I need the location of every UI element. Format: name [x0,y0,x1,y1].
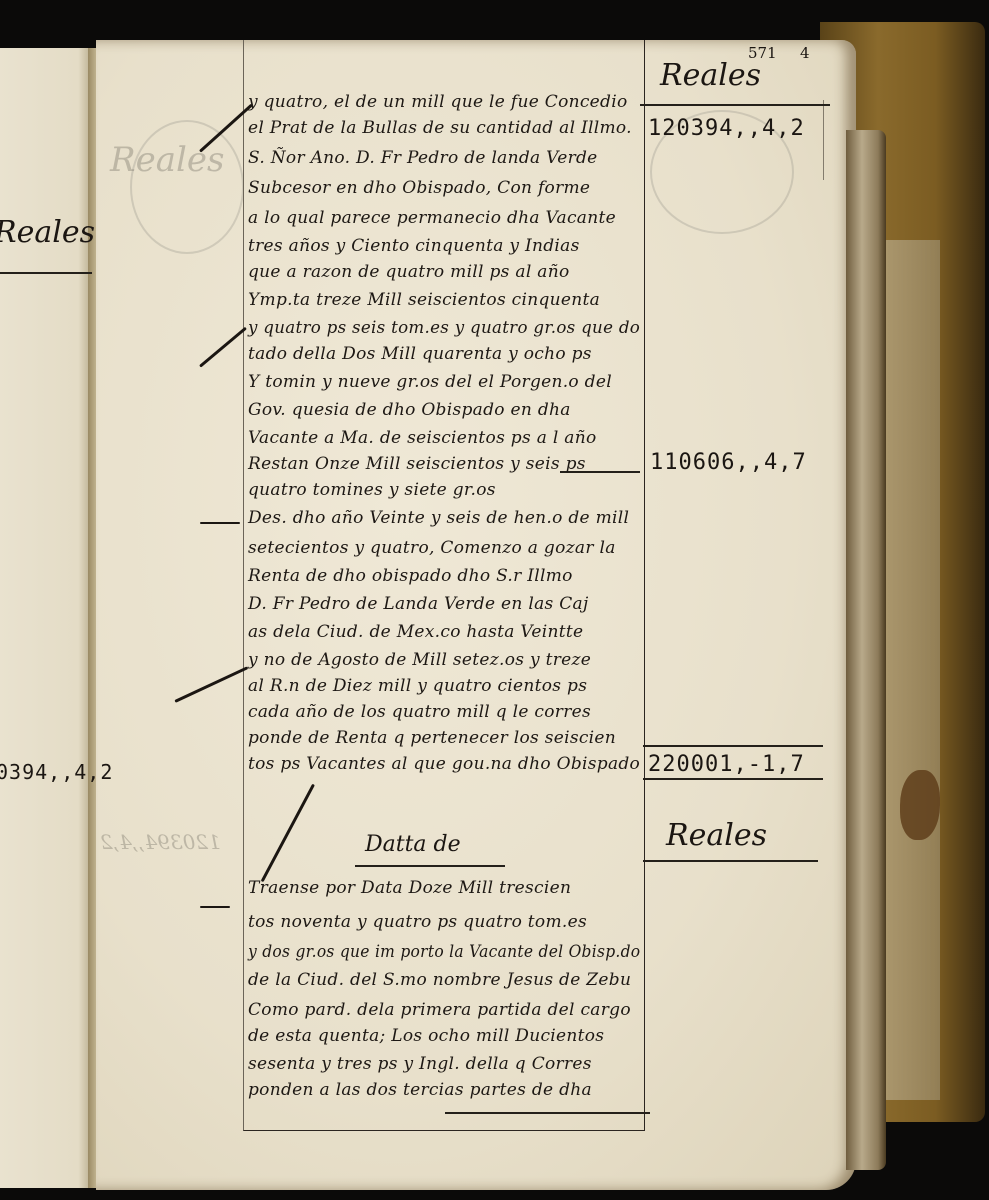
header-rule [640,104,830,106]
charge-line: que a razon de quatro mill ps al año [248,262,570,282]
amount-middle: 110606,,4,7 [650,450,807,475]
discharge-line: y dos gr.os que im porto la Vacante del … [248,942,640,962]
charge-line: ponde de Renta q pertenecer los seiscien [248,728,616,748]
discharge-line: Traense por Data Doze Mill trescien [248,878,571,898]
discharge-line: Como pard. dela primera partida del carg… [248,1000,631,1020]
margin-dash [200,906,230,908]
charge-line: tado della Dos Mill quarenta y ocho ps [248,344,592,364]
charge-line: setecientos y quatro, Comenzo a gozar la [248,538,616,558]
left-page-reales-header: Reales [0,215,95,250]
charge-line: Restan Onze Mill seiscientos y seis ps [248,454,586,474]
discharge-line: ponden a las dos tercias partes de dha [248,1080,592,1100]
discharge-line: tos noventa y quatro ps quatro tom.es [248,912,587,932]
charge-line: Subcesor en dho Obispado, Con forme [248,178,590,198]
closing-rule [445,1112,650,1114]
charge-line: y no de Agosto de Mill setez.os y treze [248,650,591,670]
folio-mark: 4 [800,44,810,62]
left-page-header-rule [0,272,92,274]
amount-column-right-border [823,100,824,180]
reales-column-header: Reales [660,58,761,93]
binding-flap [880,240,940,1100]
second-reales-header: Reales [666,818,767,853]
ghost-mirrored-amount: 120394,,4,2 [100,830,221,854]
charge-line: Gov. quesia de dho Obispado en dha [248,400,571,420]
section-heading: Datta de [365,832,461,857]
charge-line: Ymp.ta treze Mill seiscientos cinquenta [248,290,600,310]
section-heading-rule [355,865,505,867]
second-header-rule [643,860,818,862]
binding-stain [900,770,940,840]
amount-top: 120394,,4,2 [648,116,805,141]
discharge-line: sesenta y tres ps y Ingl. della q Corres [248,1054,592,1074]
charge-line: Vacante a Ma. de seiscientos ps a l año [248,428,597,448]
amount-lower-top-rule [643,745,823,747]
charge-line: tos ps Vacantes al que gou.na dho Obispa… [248,754,640,774]
amount-lower: 220001,-1,7 [648,752,805,777]
discharge-line: de esta quenta; Los ocho mill Ducientos [248,1026,604,1046]
margin-dash [200,522,240,524]
charge-line: S. Ñor Ano. D. Fr Pedro de landa Verde [248,148,598,168]
charge-line: y quatro, el de un mill que le fue Conce… [248,92,628,112]
charge-line: D. Fr Pedro de Landa Verde en las Caj [248,594,589,614]
amount-lower-bottom-rule [643,778,823,780]
charge-line: quatro tomines y siete gr.os [248,480,496,500]
charge-line: y quatro ps seis tom.es y quatro gr.os q… [248,318,640,338]
page-edges [846,130,886,1170]
charge-line: Y tomin y nueve gr.os del el Porgen.o de… [248,372,612,392]
left-page-amount: 0394,,4,2 [0,760,113,784]
charge-line: Renta de dho obispado dho S.r Illmo [248,566,573,586]
charge-line: as dela Ciud. de Mex.co hasta Veintte [248,622,583,642]
charge-line: cada año de los quatro mill q le corres [248,702,591,722]
charge-line: a lo qual parece permanecio dha Vacante [248,208,616,228]
discharge-line: de la Ciud. del S.mo nombre Jesus de Zeb… [248,970,631,990]
charge-line: el Prat de la Bullas de su cantidad al I… [248,118,632,138]
charge-line: Des. dho año Veinte y seis de hen.o de m… [248,508,629,528]
charge-line: al R.n de Diez mill y quatro cientos ps [248,676,587,696]
charge-line: tres años y Ciento cinquenta y Indias [248,236,580,256]
